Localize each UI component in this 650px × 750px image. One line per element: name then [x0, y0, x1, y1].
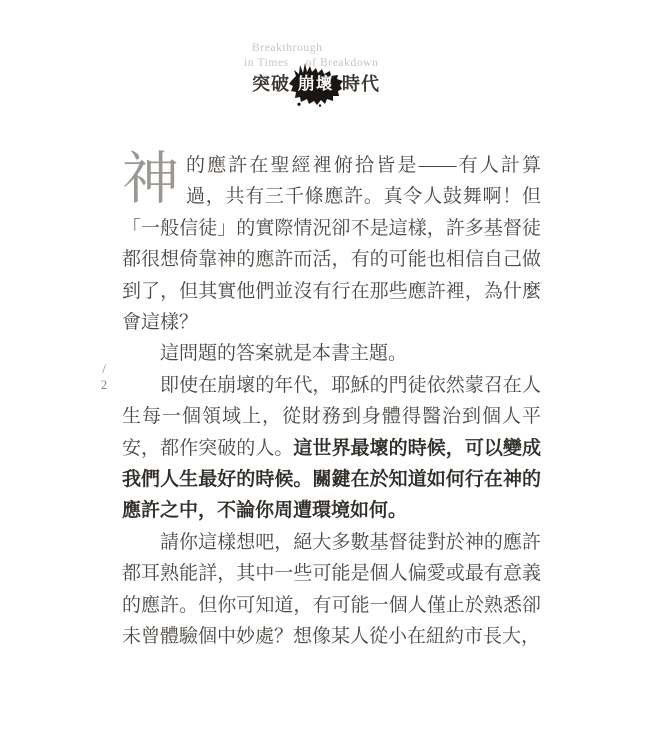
chinese-title-right: 時代 — [342, 70, 380, 96]
paragraph-2: 這問題的答案就是本書主題。 — [122, 338, 541, 369]
body-text: 神的應許在聖經裡俯拾皆是——有人計算過，共有三千條應許。真令人鼓舞啊！但「一般信… — [122, 150, 541, 653]
page-marker-slash: / — [94, 361, 114, 377]
paragraph-4: 請你這樣想吧，絕大多數基督徒對於神的應許都耳熟能詳，其中一些可能是個人偏愛或最有… — [122, 527, 541, 653]
book-page: Breakthrough in Times of Breakdown 突破 崩壞… — [0, 0, 650, 750]
ink-splatter: 崩壞 — [291, 70, 341, 96]
chinese-title: 突破 崩壞 時代 — [252, 70, 380, 96]
paragraph-1: 神的應許在聖經裡俯拾皆是——有人計算過，共有三千條應許。真令人鼓舞啊！但「一般信… — [122, 150, 541, 338]
drop-cap: 神 — [122, 150, 177, 212]
paragraph-3: 即使在崩壞的年代，耶穌的門徒依然蒙召在人生每一個領域上，從財務到身體得醫治到個人… — [122, 370, 541, 527]
chinese-title-left: 突破 — [252, 70, 290, 96]
chinese-title-highlight: 崩壞 — [298, 73, 334, 93]
paragraph-1-text: 的應許在聖經裡俯拾皆是——有人計算過，共有三千條應許。真令人鼓舞啊！但「一般信徒… — [122, 155, 541, 333]
page-number: 2 — [94, 377, 114, 393]
english-title-line1: Breakthrough — [252, 42, 322, 54]
ink-splatter-icon: 崩壞 — [287, 60, 345, 106]
english-title-line2-left: in Times — [244, 57, 289, 69]
page-number-marker: / 2 — [94, 361, 114, 393]
